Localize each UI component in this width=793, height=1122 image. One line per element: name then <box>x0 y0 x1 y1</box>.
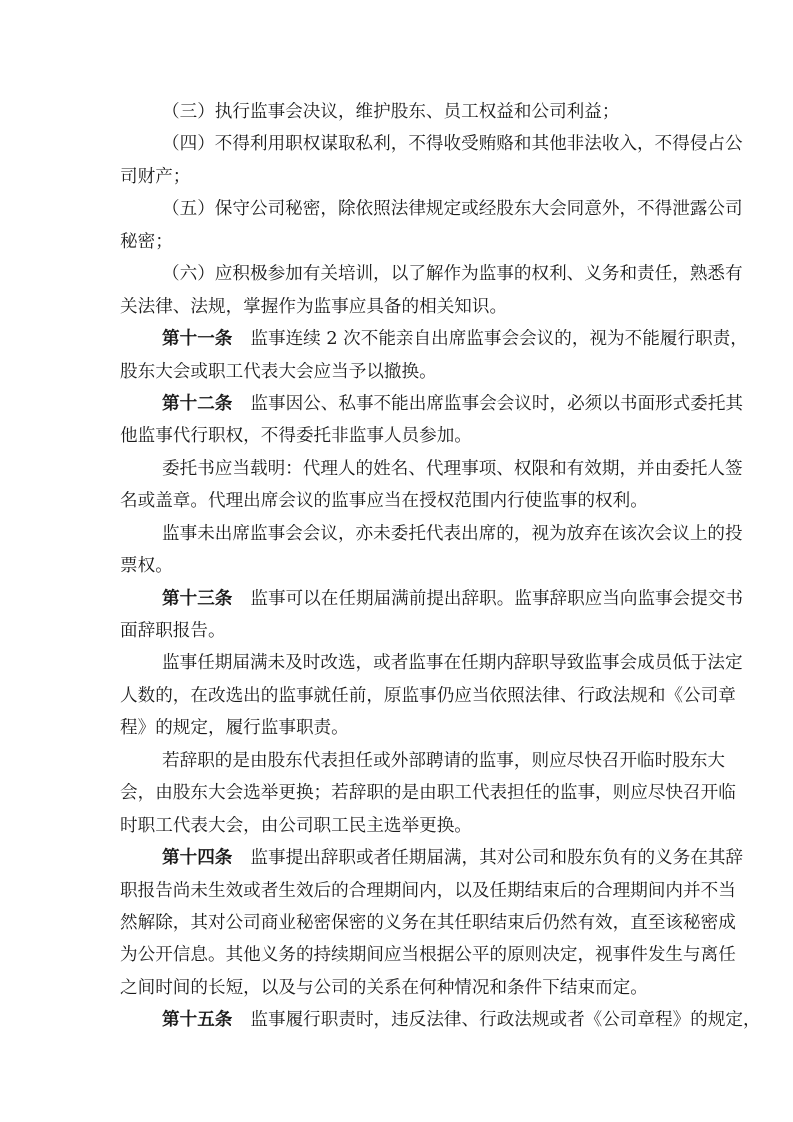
text-line: 监事连续 2 次不能亲自出席监事会会议的，视为不能履行职责， <box>250 329 747 349</box>
paragraph-absence-cont: 票权。 <box>120 550 674 582</box>
paragraph-item-5-cont: 秘密； <box>120 226 674 258</box>
text-line: （四）不得利用职权谋取私利，不得收受贿赂和其他非法收入，不得侵占公 <box>162 134 743 154</box>
text-line: （五）保守公司秘密，除依照法律规定或经股东大会同意外，不得泄露公司 <box>162 199 743 219</box>
paragraph-absence: 监事未出席监事会会议，亦未委托代表出席的，视为放弃在该次会议上的投 <box>120 518 674 550</box>
article-heading: 第十四条 <box>162 848 232 868</box>
text-line: 之间时间的长短，以及与公司的关系在何种情况和条件下结束而定。 <box>120 978 648 998</box>
article-14-cont: 职报告尚未生效或者生效后的合理期间内，以及任期结束后的合理期间内并不当 <box>120 875 674 907</box>
article-13: 第十三条监事可以在任期届满前提出辞职。监事辞职应当向监事会提交书 <box>120 583 674 615</box>
text-line: 秘密； <box>120 232 173 252</box>
text-line: 司财产； <box>120 167 190 187</box>
text-line: 委托书应当载明：代理人的姓名、代理事项、权限和有效期，并由委托人签 <box>162 459 743 479</box>
text-line: （三）执行监事会决议，维护股东、员工权益和公司利益； <box>162 102 619 122</box>
article-14-cont: 然解除，其对公司商业秘密保密的义务在其任职结束后仍然有效，直至该秘密成 <box>120 907 674 939</box>
paragraph-proxy-cont: 名或盖章。代理出席会议的监事应当在授权范围内行使监事的权利。 <box>120 485 674 517</box>
paragraph-item-6-cont: 关法律、法规，掌握作为监事应具备的相关知识。 <box>120 291 674 323</box>
article-12: 第十二条监事因公、私事不能出席监事会会议时，必须以书面形式委托其 <box>120 388 674 420</box>
text-line: 会，由股东大会选举更换；若辞职的是由职工代表担任的监事，则应尽快召开临 <box>120 783 736 803</box>
text-line: 为公开信息。其他义务的持续期间应当根据公平的原则决定，视事件发生与离任 <box>120 945 736 965</box>
article-heading: 第十五条 <box>162 1010 232 1030</box>
paragraph-term-expiry-cont: 程》的规定，履行监事职责。 <box>120 712 674 744</box>
text-line: 若辞职的是由股东代表担任或外部聘请的监事，则应尽快召开临时股东大 <box>162 751 725 771</box>
paragraph-resignation-replace: 若辞职的是由股东代表担任或外部聘请的监事，则应尽快召开临时股东大 <box>120 745 674 777</box>
article-14-cont: 为公开信息。其他义务的持续期间应当根据公平的原则决定，视事件发生与离任 <box>120 939 674 971</box>
text-line: 监事提出辞职或者任期届满，其对公司和股东负有的义务在其辞 <box>250 848 743 868</box>
article-14: 第十四条监事提出辞职或者任期届满，其对公司和股东负有的义务在其辞 <box>120 842 674 874</box>
paragraph-item-6: （六）应积极参加有关培训，以了解作为监事的权利、义务和责任，熟悉有 <box>120 258 674 290</box>
paragraph-term-expiry-cont: 人数的，在改选出的监事就任前，原监事仍应当依照法律、行政法规和《公司章 <box>120 680 674 712</box>
article-11-cont: 股东大会或职工代表大会应当予以撤换。 <box>120 356 674 388</box>
text-line: 职报告尚未生效或者生效后的合理期间内，以及任期结束后的合理期间内并不当 <box>120 881 736 901</box>
paragraph-item-4-cont: 司财产； <box>120 161 674 193</box>
paragraph-resignation-replace-cont: 会，由股东大会选举更换；若辞职的是由职工代表担任的监事，则应尽快召开临 <box>120 777 674 809</box>
article-heading: 第十一条 <box>162 329 232 349</box>
paragraph-resignation-replace-cont: 时职工代表大会，由公司职工民主选举更换。 <box>120 810 674 842</box>
text-line: 监事未出席监事会会议，亦未委托代表出席的，视为放弃在该次会议上的投 <box>162 524 743 544</box>
text-line: 面辞职报告。 <box>120 621 226 641</box>
text-line: （六）应积极参加有关培训，以了解作为监事的权利、义务和责任，熟悉有 <box>162 264 743 284</box>
text-line: 他监事代行职权，不得委托非监事人员参加。 <box>120 426 472 446</box>
paragraph-proxy: 委托书应当载明：代理人的姓名、代理事项、权限和有效期，并由委托人签 <box>120 453 674 485</box>
article-11: 第十一条监事连续 2 次不能亲自出席监事会会议的，视为不能履行职责， <box>120 323 674 355</box>
text-line: 监事任期届满未及时改选，或者监事在任期内辞职导致监事会成员低于法定 <box>162 653 743 673</box>
text-line: 监事可以在任期届满前提出辞职。监事辞职应当向监事会提交书 <box>250 589 743 609</box>
document-body: （三）执行监事会决议，维护股东、员工权益和公司利益； （四）不得利用职权谋取私利… <box>120 96 674 1037</box>
paragraph-term-expiry: 监事任期届满未及时改选，或者监事在任期内辞职导致监事会成员低于法定 <box>120 647 674 679</box>
article-12-cont: 他监事代行职权，不得委托非监事人员参加。 <box>120 420 674 452</box>
article-heading: 第十三条 <box>162 589 232 609</box>
article-13-cont: 面辞职报告。 <box>120 615 674 647</box>
text-line: 名或盖章。代理出席会议的监事应当在授权范围内行使监事的权利。 <box>120 491 648 511</box>
paragraph-item-5: （五）保守公司秘密，除依照法律规定或经股东大会同意外，不得泄露公司 <box>120 193 674 225</box>
paragraph-item-3: （三）执行监事会决议，维护股东、员工权益和公司利益； <box>120 96 674 128</box>
document-page: （三）执行监事会决议，维护股东、员工权益和公司利益； （四）不得利用职权谋取私利… <box>0 0 793 1122</box>
article-15: 第十五条监事履行职责时，违反法律、行政法规或者《公司章程》的规定， <box>120 1004 674 1036</box>
text-line: 股东大会或职工代表大会应当予以撤换。 <box>120 362 437 382</box>
text-line: 时职工代表大会，由公司职工民主选举更换。 <box>120 816 472 836</box>
text-line: 然解除，其对公司商业秘密保密的义务在其任职结束后仍然有效，直至该秘密成 <box>120 913 736 933</box>
text-line: 监事履行职责时，违反法律、行政法规或者《公司章程》的规定， <box>250 1010 760 1030</box>
article-heading: 第十二条 <box>162 394 232 414</box>
text-line: 监事因公、私事不能出席监事会会议时，必须以书面形式委托其 <box>250 394 743 414</box>
text-line: 程》的规定，履行监事职责。 <box>120 718 349 738</box>
text-line: 关法律、法规，掌握作为监事应具备的相关知识。 <box>120 297 507 317</box>
article-14-cont: 之间时间的长短，以及与公司的关系在何种情况和条件下结束而定。 <box>120 972 674 1004</box>
paragraph-item-4: （四）不得利用职权谋取私利，不得收受贿赂和其他非法收入，不得侵占公 <box>120 128 674 160</box>
text-line: 票权。 <box>120 556 173 576</box>
text-line: 人数的，在改选出的监事就任前，原监事仍应当依照法律、行政法规和《公司章 <box>120 686 736 706</box>
